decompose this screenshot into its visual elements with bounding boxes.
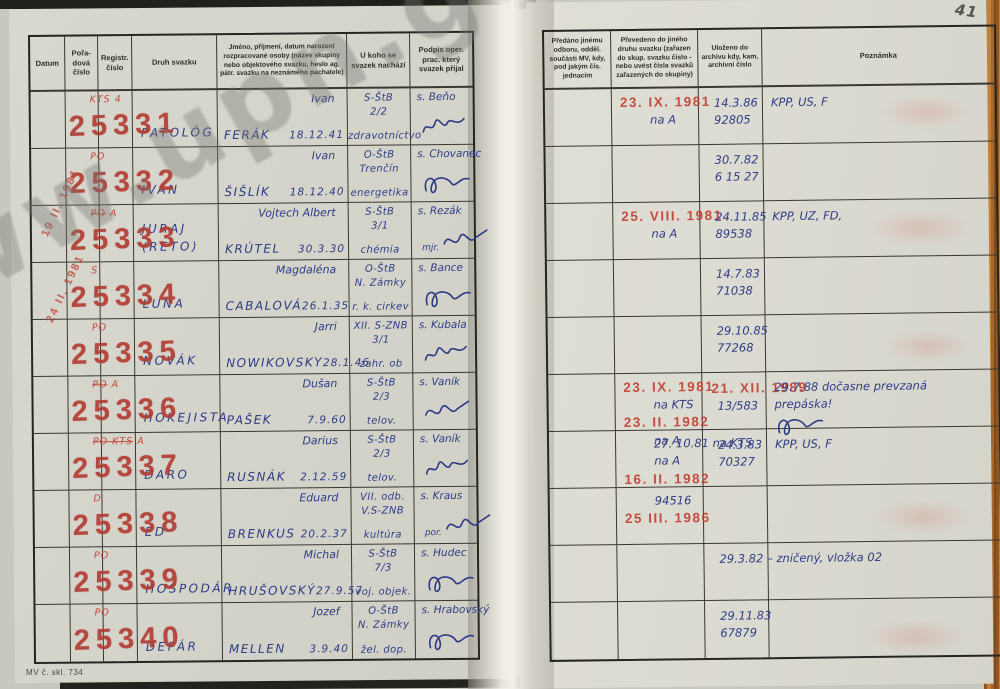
signature-scribble <box>424 568 477 598</box>
ulozeno-cell <box>704 486 769 544</box>
target-area: telov. <box>351 472 413 484</box>
signature-row <box>421 115 471 139</box>
serial-number-cell: PO25335 <box>68 319 102 376</box>
ulozeno-cell: 24.11.8589538 <box>700 201 765 259</box>
prevedeno-cell: 23. IX. 1981na A <box>612 88 700 146</box>
stamp-annotation: D <box>93 493 101 504</box>
serial-number-stamp: 25333 <box>69 221 181 258</box>
holder-unit-cell: O-ŠtBN. Zámkyžel. dop. <box>352 601 416 659</box>
predano-cell <box>547 260 615 318</box>
holder-unit-cell: S-ŠtB2/3telov. <box>350 373 414 431</box>
signature-row: por. <box>425 514 495 539</box>
signature-cell: s. Hrabovský <box>415 601 478 659</box>
surname: MELLEN <box>229 642 286 657</box>
poznamka-cell <box>766 312 999 372</box>
signature-cell: s. Hudec <box>415 544 478 602</box>
first-name: Michal <box>304 548 339 561</box>
signature-scribble <box>421 283 474 313</box>
target-area: žel. dop. <box>353 644 415 656</box>
handwritten-entry: 24.11.85 <box>715 208 763 226</box>
name-cell: IvanŠIŠLÍK18.12.40 <box>218 146 349 204</box>
datum-cell <box>35 548 71 605</box>
unit-line: S-ŠtB <box>352 547 414 561</box>
name-cell: JozefMELLEN3.9.40 <box>222 602 353 660</box>
header-registr-cislo: Registr. číslo <box>98 36 133 91</box>
date-stamp: 16. II. 1982 <box>624 470 702 489</box>
handwritten-entry: KPP, US, F <box>771 91 995 111</box>
ulozeno-cell: 29.11.8367879 <box>705 600 770 658</box>
unit-line: 3/1 <box>349 219 411 233</box>
header-u-koho: U koho se svazek nachází <box>347 33 411 89</box>
signature-scribble <box>441 226 494 256</box>
serial-number-stamp: 25334 <box>70 278 182 315</box>
date-stamp: 25. VIII. 1981 <box>621 207 699 226</box>
officer-name: s. Hrabovský <box>421 604 489 617</box>
first-name: Ivan <box>311 92 335 105</box>
holder-unit-cell: O-ŠtBTrenčínenergetika <box>348 145 412 203</box>
handwritten-entry: 24.3.83 <box>718 436 766 454</box>
surname: NOWIKOVSKY <box>226 355 323 370</box>
target-area: zahr. ob <box>350 358 412 370</box>
officer-name: s. Kubala <box>419 319 467 331</box>
date-of-birth: 2.12.59 <box>300 471 347 483</box>
stamp-annotation-text: S <box>91 265 98 276</box>
struck-stamp-text: PO KTS <box>93 436 133 447</box>
unit-line: N. Zámky <box>353 618 415 632</box>
stamp-annotation: S <box>91 265 98 276</box>
surname-line: PAŠEK7.9.60 <box>227 412 347 427</box>
handwritten-entry: 14.7.83 <box>716 265 764 283</box>
first-name: Dušan <box>302 377 337 390</box>
handwritten-entry: 29.11.83 <box>720 607 768 625</box>
unit-line: 7/3 <box>352 561 414 575</box>
stamp-annotation: PO <box>90 151 105 162</box>
name-cell: MagdalénaCABALOVÁ26.1.35 <box>219 260 350 318</box>
unit-line: 2/3 <box>350 390 412 404</box>
signature-cell: s. Chovanec <box>411 145 474 203</box>
unit-line: N. Zámky <box>349 276 411 290</box>
datum-cell <box>33 377 69 434</box>
handwritten-entry: 27. 10.81 na KTS <box>654 435 702 453</box>
ulozeno-cell: 29.3.82 – <box>704 543 769 601</box>
serial-number-stamp: 25335 <box>71 335 183 372</box>
poznamka-cell <box>765 255 998 315</box>
handwritten-entry: na KTS <box>653 396 701 414</box>
officer-name: s. Bance <box>418 262 463 274</box>
holder-unit-cell: S-ŠtB3/1chémia <box>349 202 413 260</box>
signature-row <box>424 400 474 424</box>
surname: RUSNÁK <box>227 470 286 485</box>
surname: KRÚTEL <box>225 242 281 257</box>
signature-scribble <box>420 169 473 199</box>
header-poznamka: Poznámka <box>762 26 995 87</box>
unit-line: S-ŠtB <box>349 205 411 219</box>
signature-row <box>422 286 472 310</box>
handwritten-entry: 89538 <box>715 226 763 244</box>
ulozeno-cell: 29.10.8577268 <box>702 315 767 373</box>
predano-cell <box>545 89 613 147</box>
unit-line: 2/3 <box>351 447 413 461</box>
poznamka-cell: zničený, vložka 02 <box>768 540 1000 600</box>
signature-cell: s. Vaník <box>414 430 477 488</box>
signature-cell: s. Krauspor. <box>414 487 477 545</box>
handwritten-entry: KPP, US, F <box>775 433 999 453</box>
stamp-annotation: POA <box>92 379 119 390</box>
date-of-birth: 18.12.40 <box>290 186 345 199</box>
handwritten-entry: 30.7.82 <box>715 151 763 169</box>
serial-number-stamp: 25338 <box>72 506 184 543</box>
prevedeno-cell <box>617 544 705 602</box>
datum-cell <box>34 434 70 491</box>
target-area: telov. <box>351 415 413 427</box>
handwritten-entry: na A <box>650 111 698 129</box>
signature-row <box>425 571 475 595</box>
first-name: Magdaléna <box>276 263 337 277</box>
date-stamp: 21. XII. 1989 <box>711 379 765 398</box>
unit-line: Trenčín <box>348 162 410 176</box>
surname-line: CABALOVÁ26.1.35 <box>226 298 346 313</box>
stamp-annotation-text: A <box>137 436 145 447</box>
first-name: Jozef <box>313 605 340 618</box>
officer-name: s. Kraus <box>420 490 462 502</box>
header-datum: Datum <box>30 37 66 92</box>
stamp-annotation-text: PO <box>90 151 105 162</box>
first-name: Ivan <box>312 149 336 162</box>
surname-line: RUSNÁK2.12.59 <box>227 469 347 484</box>
signature-row <box>424 457 474 481</box>
stamp-annotation: KTS 4 <box>90 94 122 105</box>
unit-line: V.S-ZNB <box>352 504 414 518</box>
signature-cell: s. Beňo <box>411 88 474 146</box>
stamp-annotation-text: PO <box>94 607 109 618</box>
holder-unit-cell: S-ŠtB2/2zdravotníctvo <box>348 88 412 146</box>
unit-line: S-ŠtB <box>348 91 410 105</box>
date-stamp: 25 III. 1986 <box>625 509 703 528</box>
unit-line: 3/1 <box>350 333 412 347</box>
handwritten-entry: 92805 <box>714 112 762 130</box>
ulozeno-cell: 30.7.826 15 27 <box>699 144 764 202</box>
handwritten-entry: 70327 <box>718 454 766 472</box>
officer-name: s. Beňo <box>417 91 456 103</box>
first-name: Eduard <box>299 491 338 504</box>
name-cell: JarriNOWIKOVSKY28.1.46 <box>220 317 351 375</box>
predano-cell <box>550 545 618 603</box>
officer-name: s. Hudec <box>421 547 467 559</box>
surname: HRUŠOVSKÝ <box>228 583 316 598</box>
handwritten-entry: 29.10.85 <box>717 322 765 340</box>
header-podpis: Podpis oper. prac. který svazek přijal <box>410 33 473 89</box>
prevedeno-cell: 23. IX. 1981na KTS23. II. 1982na A <box>615 373 703 431</box>
surname: PAŠEK <box>227 413 273 427</box>
surname: ŠIŠLÍK <box>224 185 270 199</box>
handwritten-entry: na A <box>651 225 699 243</box>
unit-line: O-ŠtB <box>352 604 414 618</box>
handwritten-entry: 77268 <box>717 340 765 358</box>
left-register-table: Datum Pořa- dová číslo Registr. číslo Dr… <box>28 31 480 664</box>
signature-cell: s. Rezákmjr. <box>412 202 475 260</box>
signature-scribble <box>420 112 473 142</box>
serial-number-cell: PO25340 <box>70 604 104 661</box>
struck-stamp-text: PO <box>91 208 106 219</box>
struck-stamp-text: PO <box>92 379 107 390</box>
serial-number-stamp: 25340 <box>73 621 185 658</box>
date-stamp: 23. IX. 1981 <box>620 93 698 112</box>
header-poradove-cislo: Pořa- dová číslo <box>65 36 99 91</box>
header-jmeno: Jméno, příjmení, datum narození rozpraco… <box>217 34 348 90</box>
stamp-annotation: POA <box>91 208 118 219</box>
handwritten-entry: 13/583 <box>718 398 766 416</box>
stamp-annotation-text: A <box>112 379 120 390</box>
serial-number-cell: POA25336 <box>68 376 102 433</box>
signature-row <box>421 172 471 196</box>
datum-cell <box>31 92 67 149</box>
date-stamp: 23. IX. 1981 <box>623 378 701 397</box>
form-code: MV č. skl. 734 <box>26 668 83 677</box>
page-number: 41 <box>954 0 979 21</box>
name-cell: MichalHRUŠOVSKÝ27.9.57 <box>222 545 353 603</box>
surname-line: HRUŠOVSKÝ27.9.57 <box>228 583 348 598</box>
datum-cell <box>35 605 71 662</box>
surname-line: NOWIKOVSKY28.1.46 <box>226 355 346 370</box>
poznamka-cell: KPP, UZ, FD, <box>764 198 997 258</box>
surname-line: BRENKUS20.2.37 <box>228 526 348 541</box>
signature-scribble <box>424 626 477 656</box>
target-area: chémia <box>349 244 411 256</box>
officer-name: s. Vaník <box>419 376 460 388</box>
rank-prefix: por. <box>425 528 442 538</box>
unit-line: S-ŠtB <box>351 433 413 447</box>
name-cell: Vojtech AlbertKRÚTEL30.3.30 <box>219 203 350 261</box>
handwritten-entry: 67879 <box>720 625 768 643</box>
poznamka-cell <box>768 483 1000 543</box>
holder-unit-cell: VII. odb.V.S-ZNBkultúra <box>351 487 415 545</box>
holder-unit-cell: S-ŠtB2/3telov. <box>351 430 415 488</box>
ulozeno-cell: 14.3.8692805 <box>699 87 764 145</box>
date-of-birth: 7.9.60 <box>307 414 347 426</box>
date-of-birth: 26.1.35 <box>302 300 349 312</box>
stamp-annotation: PO <box>94 607 109 618</box>
surname-line: FERÁK18.12.41 <box>224 127 344 142</box>
handwritten-entry: 71038 <box>716 283 764 301</box>
officer-name: s. Rezák <box>418 205 462 217</box>
name-cell: IvanFERÁK18.12.41 <box>218 89 349 147</box>
serial-number-cell: D25338 <box>69 490 103 547</box>
header-druh-svazku: Druh svazku <box>132 35 218 91</box>
header-ulozeno: Uloženo do archivu kdy, kam, archivní čí… <box>698 29 763 88</box>
signature-scribble <box>423 454 476 484</box>
stamp-annotation-text: PO <box>94 550 109 561</box>
poznamka-cell: 29.7.88 dočasne prevzanáprepáska! <box>766 369 999 429</box>
first-name: Darius <box>302 434 338 447</box>
handwritten-entry: KPP, UZ, FD, <box>772 205 996 225</box>
surname: CABALOVÁ <box>226 298 303 313</box>
predano-cell <box>546 203 614 261</box>
registry-book-photo: Datum Pořa- dová číslo Registr. číslo Dr… <box>0 0 1000 689</box>
serial-number-cell: POA25333 <box>67 205 101 262</box>
book-gutter <box>468 0 554 689</box>
signature-row <box>423 343 473 367</box>
target-area: voj. objek. <box>352 586 414 598</box>
serial-number-cell: PO25339 <box>70 547 104 604</box>
date-of-birth: 30.3.30 <box>298 243 345 255</box>
officer-name: s. Chovanec <box>417 148 481 161</box>
prevedeno-cell: 27. 10.81 na KTSna A16. II. 1982 <box>616 430 704 488</box>
signature-scribble <box>422 397 475 427</box>
predano-cell <box>550 488 618 546</box>
handwritten-entry: 6 15 27 <box>715 169 763 187</box>
handwritten-entry: na A <box>654 452 702 470</box>
poznamka-cell <box>769 597 1000 657</box>
signature-cell: s. Bance <box>412 259 475 317</box>
datum-cell <box>34 491 70 548</box>
rank-prefix: mjr. <box>422 243 439 253</box>
stamp-annotation: PO <box>94 550 109 561</box>
name-cell: EduardBRENKUS20.2.37 <box>221 488 352 546</box>
prevedeno-cell <box>614 259 702 317</box>
date-of-birth: 20.2.37 <box>301 528 348 540</box>
first-name: Jarri <box>315 320 337 333</box>
surname-line: ŠIŠLÍK18.12.40 <box>224 184 344 199</box>
serial-number-stamp: 25337 <box>72 449 184 486</box>
surname: BRENKUS <box>228 526 296 541</box>
stamp-annotation-text: D <box>93 493 101 504</box>
ulozeno-cell: 24.3.8370327 <box>703 429 768 487</box>
predano-cell <box>551 602 619 660</box>
unit-line: 2/2 <box>348 105 410 119</box>
right-register-table: Předáno jinému odboru, odděl. součásti M… <box>542 24 1000 661</box>
prevedeno-cell <box>612 145 700 203</box>
unit-line: S-ŠtB <box>350 376 412 390</box>
serial-number-stamp: 25336 <box>71 392 183 429</box>
date-of-birth: 3.9.40 <box>309 643 349 655</box>
surname: FERÁK <box>224 128 271 142</box>
signature-scribble <box>422 340 475 370</box>
serial-number-cell: KTS 425331 <box>66 91 100 148</box>
signature-scribble <box>443 511 496 541</box>
handwritten-entry: zničený, vložka 02 <box>776 547 1000 567</box>
serial-number-stamp: 25339 <box>73 563 185 600</box>
handwritten-entry: 14.3.86 <box>714 94 762 112</box>
holder-unit-cell: O-ŠtBN. Zámkyr. k. cirkev <box>349 259 413 317</box>
surname-line: KRÚTEL30.3.30 <box>225 241 345 256</box>
name-cell: DušanPAŠEK7.9.60 <box>220 374 351 432</box>
datum-cell <box>33 320 69 377</box>
unit-line: O-ŠtB <box>348 148 410 162</box>
poznamka-cell <box>763 141 996 201</box>
predano-cell <box>548 317 616 375</box>
signature-row: mjr. <box>422 229 492 254</box>
handwritten-entry: 94516 <box>655 492 703 510</box>
unit-line: O-ŠtB <box>349 262 411 276</box>
serial-number-stamp: 25331 <box>68 107 180 144</box>
predano-cell <box>545 146 613 204</box>
surname-line: MELLEN3.9.40 <box>229 641 349 656</box>
prevedeno-cell: 9451625 III. 1986 <box>617 487 705 545</box>
stamp-annotation: PO KTSA <box>93 436 145 447</box>
target-area: zdravotníctvo <box>348 130 410 142</box>
signature-cell: s. Vaník <box>413 373 476 431</box>
header-prevedeno: Převedeno do jiného druhu svazku (zařaze… <box>611 30 699 89</box>
unit-line: VII. odb. <box>351 490 413 504</box>
predano-cell <box>549 431 617 489</box>
officer-name: s. Vaník <box>420 433 461 445</box>
serial-number-stamp: 25332 <box>69 164 181 201</box>
holder-unit-cell: XII. S-ZNB3/1zahr. ob <box>350 316 414 374</box>
name-cell: DariusRUSNÁK2.12.59 <box>221 431 352 489</box>
ulozeno-cell: 14.7.8371038 <box>701 258 766 316</box>
target-area: r. k. cirkev <box>350 301 412 313</box>
signature-cell: s. Kubala <box>413 316 476 374</box>
stamp-annotation-text: A <box>110 208 118 219</box>
first-name: Vojtech Albert <box>258 206 336 220</box>
prevedeno-cell: 25. VIII. 1981na A <box>613 202 701 260</box>
stamp-annotation-text: KTS 4 <box>90 94 122 105</box>
predano-cell <box>548 374 616 432</box>
target-area: energetika <box>348 187 410 199</box>
serial-number-cell: PO KTSA25337 <box>69 433 103 490</box>
unit-line: XII. S-ZNB <box>350 319 412 333</box>
holder-unit-cell: S-ŠtB7/3voj. objek. <box>352 544 416 602</box>
stamp-annotation-text: PO <box>92 322 107 333</box>
target-area: kultúra <box>352 529 414 541</box>
date-of-birth: 18.12.41 <box>289 129 344 142</box>
signature-row <box>426 629 476 653</box>
header-predano: Předáno jinému odboru, odděl. součásti M… <box>544 31 612 90</box>
handwritten-entry: 29.3.82 – <box>719 550 767 568</box>
prevedeno-cell <box>615 316 703 374</box>
poznamka-cell: KPP, US, F <box>763 84 996 144</box>
handwritten-entry: prepáska! <box>774 394 998 414</box>
stamp-annotation: PO <box>92 322 107 333</box>
prevedeno-cell <box>618 601 706 659</box>
poznamka-cell: KPP, US, F <box>767 426 1000 486</box>
ulozeno-cell: 21. XII. 198913/583 <box>702 372 767 430</box>
